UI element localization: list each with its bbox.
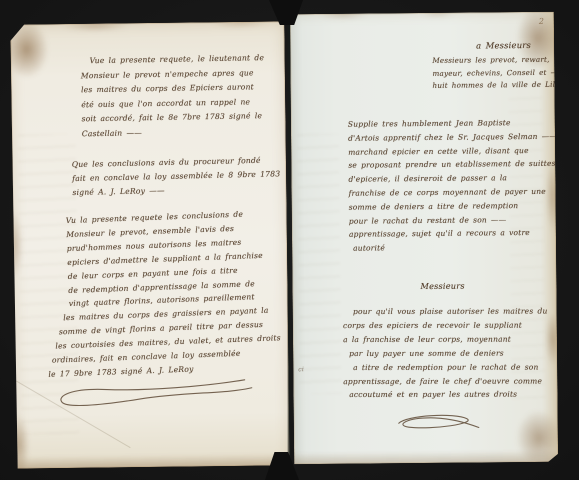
- book-gutter: [287, 0, 291, 480]
- ink-bleedthrough: [297, 134, 341, 394]
- salutation-heading: Messieurs: [420, 281, 464, 291]
- foxing-stain: [210, 18, 270, 29]
- manuscript-line: autorité: [353, 240, 558, 256]
- manuscript-line: apprentissage, sujet qu'il a recours a v…: [349, 226, 558, 242]
- edge-discoloration: [16, 453, 290, 468]
- manuscript-line: huit hommes de la ville de Lille: [432, 79, 565, 93]
- manuscript-line: Castellain ——: [82, 124, 266, 142]
- manuscript-line: se proposant prendre un etablissement de…: [348, 157, 557, 173]
- manuscript-line: accoutumé et en payer les autres droits: [349, 388, 548, 402]
- page-number: 2: [539, 17, 544, 26]
- manuscript-line: pour qu'il vous plaise autoriser les mai…: [353, 305, 548, 319]
- paraph-flourish: [389, 410, 485, 435]
- manuscript-line: d'Artois apprentif chez le Sr. Jacques S…: [348, 130, 557, 146]
- left-page: Vue la presente requete, le lieutenant d…: [10, 21, 289, 468]
- petition-paragraph: Supplie tres humblement Jean Baptisted'A…: [348, 116, 558, 256]
- foxing-stain: [7, 414, 30, 474]
- manuscript-line: a titre de redemption pour le rachat de …: [353, 360, 548, 374]
- foxing-stain: [60, 19, 130, 32]
- foxing-stain: [5, 210, 24, 280]
- foxing-stain: [420, 9, 456, 18]
- signature-flourish: [55, 374, 255, 412]
- address-block: a Messieurs Messieurs les prevot, rewart…: [432, 39, 565, 93]
- decision-paragraph-1: Vue la presente requete, le lieutenant d…: [80, 51, 265, 142]
- right-page: 2 a Messieurs Messieurs les prevot, rewa…: [290, 12, 558, 465]
- address-lines: Messieurs les prevot, rewart,mayeur, ech…: [432, 54, 565, 92]
- scanned-manuscript: Vue la presente requete, le lieutenant d…: [0, 0, 579, 480]
- manuscript-line: apprentissage, de faire le chef d'oeuvre…: [343, 374, 548, 388]
- manuscript-line: par luy payer une somme de deniers: [349, 346, 548, 360]
- foxing-stain: [516, 410, 563, 466]
- decision-paragraph-3: Vu la presente requete les conclusions d…: [66, 206, 283, 380]
- manuscript-line: Messieurs les prevot, rewart,: [432, 54, 565, 68]
- edge-discoloration: [294, 450, 558, 465]
- manuscript-line: a la franchise de leur corps, moyennant: [343, 332, 548, 346]
- foxing-stain: [318, 10, 368, 20]
- decision-paragraph-2: Que les conclusions avis du procureur fo…: [72, 153, 281, 200]
- foxing-stain: [4, 20, 49, 79]
- request-paragraph: pour qu'il vous plaise autoriser les mai…: [343, 305, 548, 403]
- address-heading: a Messieurs: [476, 39, 565, 52]
- manuscript-line: corps des epiciers de recevoir le suppli…: [343, 318, 548, 332]
- margin-note: ci: [298, 366, 304, 373]
- manuscript-line: franchise de ce corps moyennant de payer…: [349, 185, 558, 201]
